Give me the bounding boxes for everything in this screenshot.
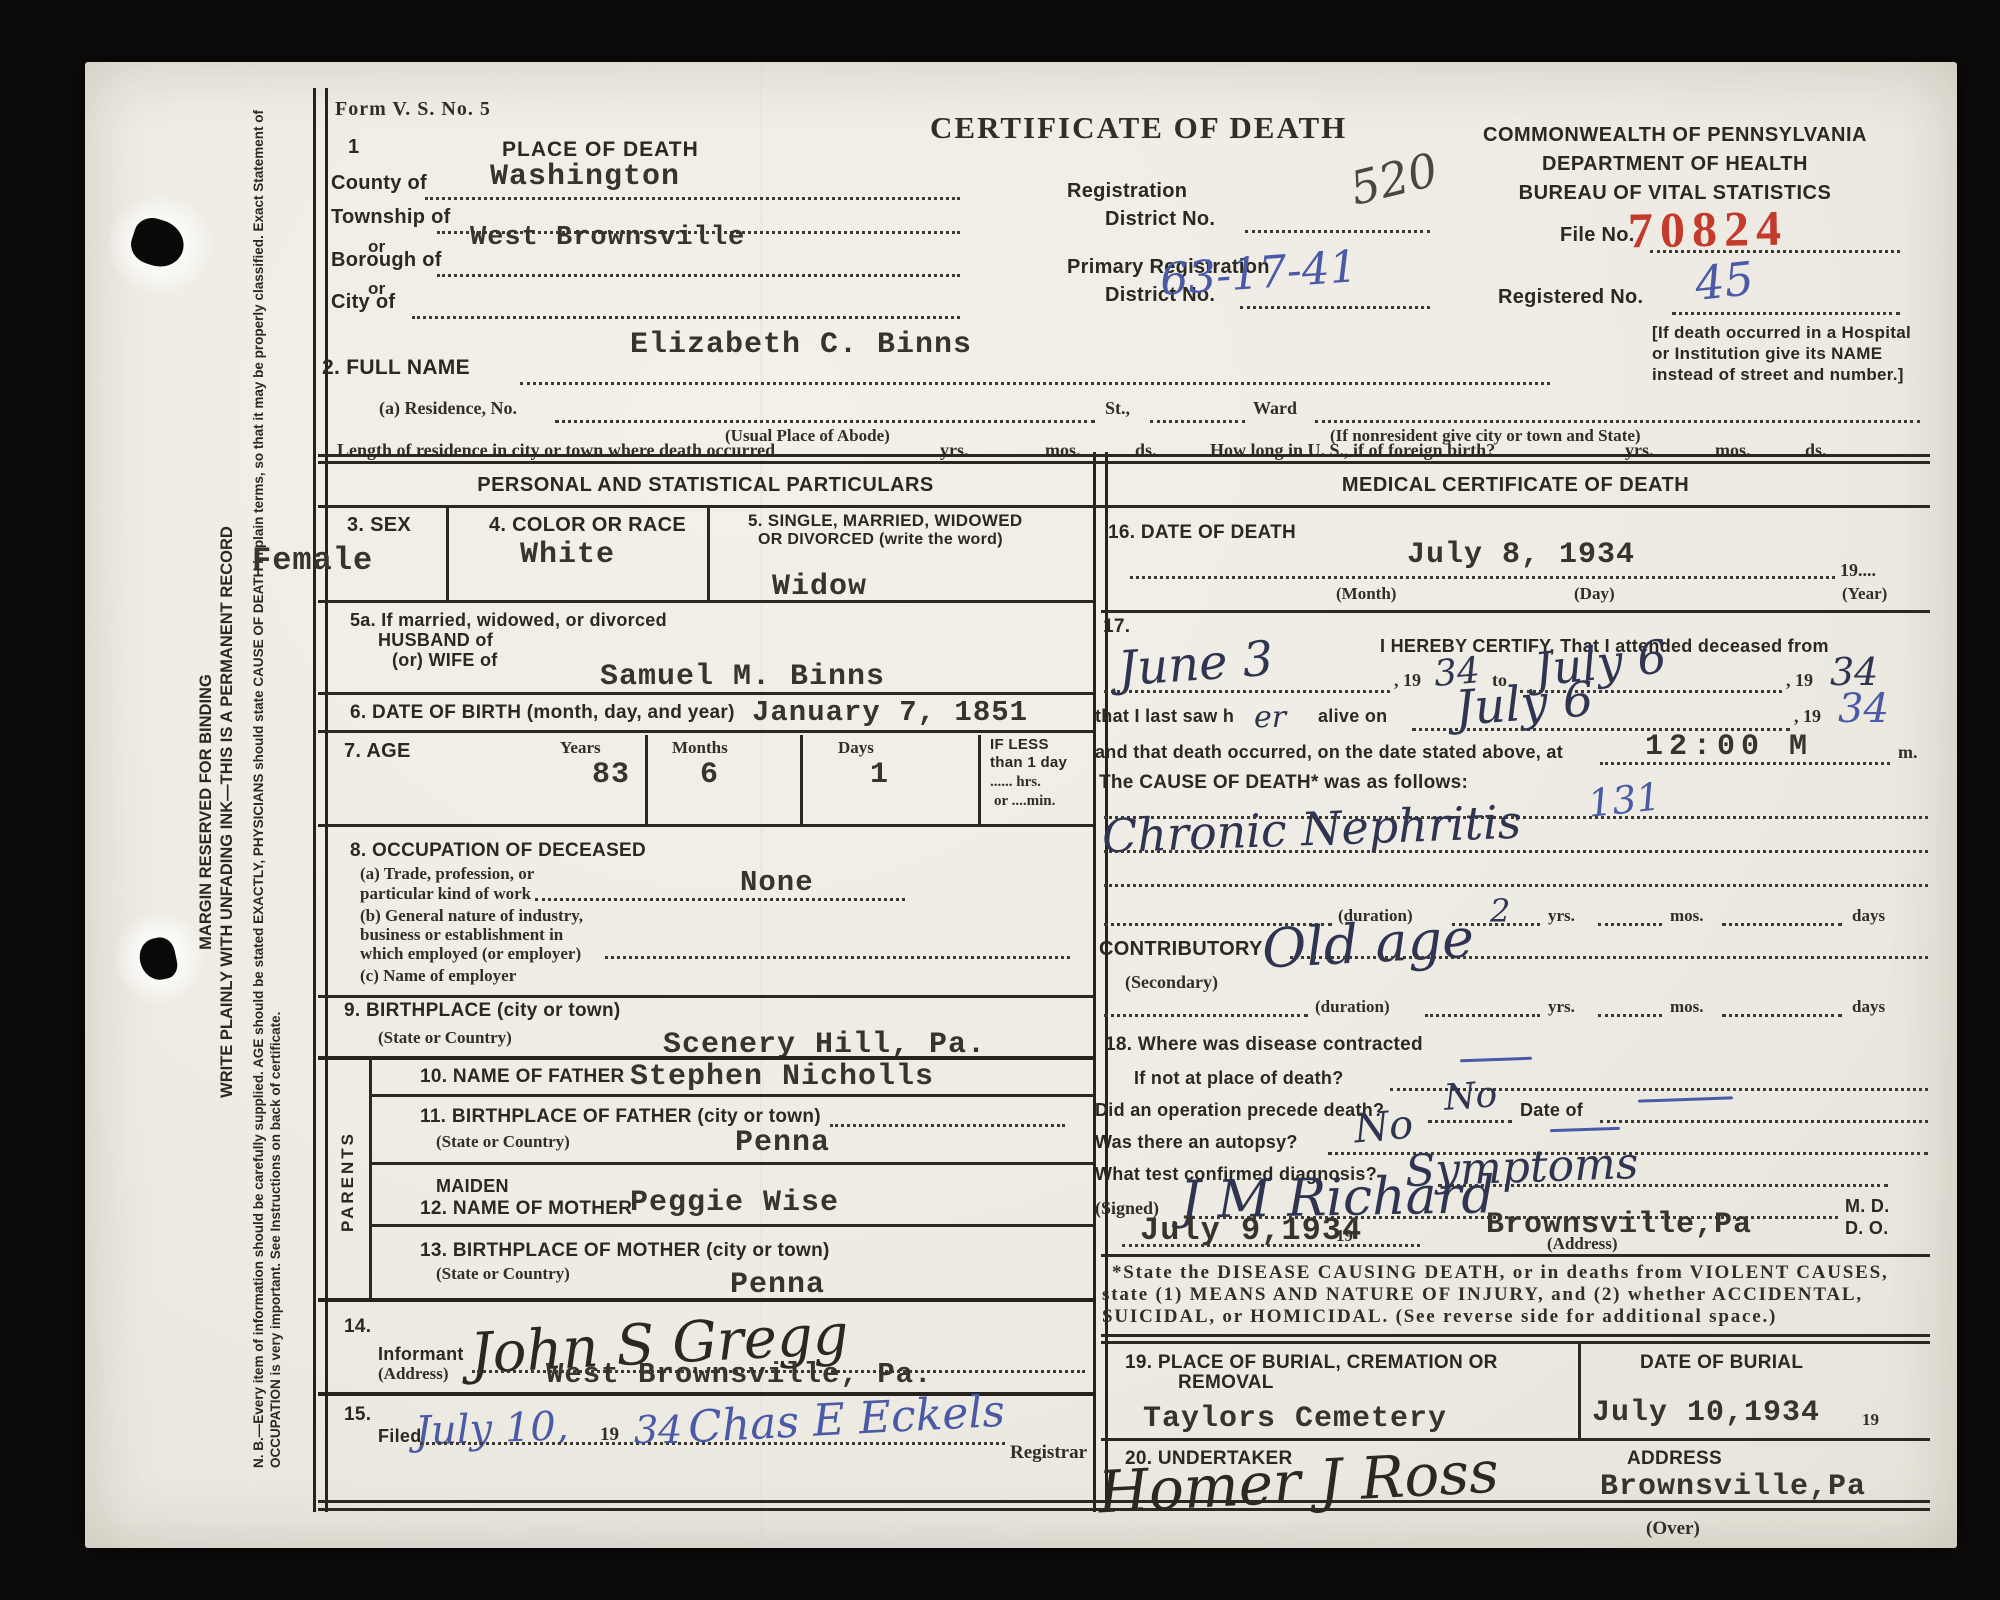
certificate-title: CERTIFICATE OF DEATH [930, 110, 1347, 146]
date-of-death-value: July 8, 1934 [1407, 538, 1635, 572]
rule [318, 824, 1093, 827]
mos-label: mos. [1715, 440, 1751, 461]
father-birthplace-label: 11. BIRTHPLACE OF FATHER (city or town) [420, 1106, 821, 1128]
not-place-of-death-label: If not at place of death? [1134, 1068, 1344, 1089]
day-label: (Day) [1574, 584, 1615, 604]
husband-label-3: (or) WIFE of [392, 650, 498, 671]
agency-line-2: DEPARTMENT OF HEALTH [1470, 153, 1880, 176]
dotted-line [1240, 306, 1430, 309]
dotted-line [1598, 923, 1662, 926]
rule [318, 454, 1930, 457]
dotted-line [1122, 1244, 1420, 1247]
occup-label: 8. OCCUPATION OF DECEASED [350, 840, 646, 862]
mos-label-1: mos. [1670, 906, 1704, 926]
mother-name-value: Peggie Wise [630, 1186, 839, 1220]
dotted-line [1104, 690, 1390, 693]
occup-b-label-2: business or establishment in [360, 925, 563, 945]
yrs-label-1: yrs. [1548, 906, 1575, 926]
margin-line-1: MARGIN RESERVED FOR BINDING [196, 266, 217, 1358]
contributory-label: CONTRIBUTORY [1099, 938, 1263, 961]
binding-margin-note: MARGIN RESERVED FOR BINDING WRITE PLAINL… [196, 266, 238, 1358]
hospital-note: [If death occurred in a Hospital or Inst… [1652, 322, 1920, 385]
dotted-line [1104, 850, 1928, 853]
burial-date-year-suffix: 19 [1862, 1410, 1879, 1430]
burial-place-label-2: REMOVAL [1178, 1372, 1274, 1394]
occup-b-label-1: (b) General nature of industry, [360, 906, 583, 926]
if-less-hrs-label: ...... hrs. [990, 774, 1041, 791]
county-label: County of [331, 172, 427, 195]
rule [1101, 1438, 1930, 1441]
residence-label: (a) Residence, No. [379, 398, 517, 419]
registration-district-label: District No. [1105, 208, 1215, 231]
dotted-line [437, 274, 960, 277]
rule [318, 461, 1930, 464]
dotted-line [1104, 884, 1928, 887]
filed-year-prefix: 19 [600, 1424, 619, 1446]
dod-year-prefix: 19.... [1840, 560, 1876, 581]
burial-place-label-1: 19. PLACE OF BURIAL, CREMATION OR [1125, 1352, 1498, 1374]
cell-divider [707, 507, 710, 600]
autopsy-answer: No [1352, 1102, 1415, 1153]
dotted-line [605, 956, 1070, 959]
borough-label: Borough of [331, 249, 442, 272]
dotted-line [1438, 1184, 1888, 1187]
death-time-value: 12:00 M [1645, 730, 1813, 764]
yrs-label-2: yrs. [1548, 997, 1575, 1017]
age-years-label: Years [560, 738, 601, 758]
length-of-residence-label: Length of residence in city or town wher… [337, 440, 775, 461]
informant-number: 14. [344, 1316, 371, 1338]
informant-address-label: (Address) [378, 1364, 449, 1384]
days-label-1: days [1852, 906, 1885, 926]
last-saw-pronoun: er [1254, 700, 1286, 735]
m-label: m. [1898, 742, 1918, 763]
address-sub-label: (Address) [1547, 1234, 1618, 1254]
year-label: (Year) [1842, 584, 1887, 604]
rule [369, 1094, 1093, 1097]
age-months-value: 6 [700, 758, 719, 792]
mother-birthplace-sub: (State or Country) [436, 1264, 570, 1284]
yrs-label: yrs. [1625, 440, 1654, 461]
cell-divider [645, 735, 648, 824]
dotted-line [555, 420, 1095, 423]
dotted-line [1130, 576, 1835, 579]
dotted-line [1722, 923, 1842, 926]
parents-bracket-line [369, 1056, 372, 1298]
husband-value: Samuel M. Binns [600, 660, 885, 694]
dob-label: 6. DATE OF BIRTH (month, day, and year) [350, 702, 735, 724]
dotted-line [1315, 420, 1920, 423]
filed-number: 15. [344, 1404, 371, 1426]
operation-label: Did an operation precede death? [1095, 1100, 1384, 1121]
rule [318, 600, 1093, 603]
rule [318, 730, 1093, 733]
rule [369, 1224, 1093, 1227]
last-saw-date-value: July 6 [1453, 671, 1595, 737]
birthplace-label: 9. BIRTHPLACE (city or town) [344, 1000, 621, 1022]
husband-label-1: 5a. If married, widowed, or divorced [350, 610, 667, 631]
how-long-us-label: How long in U. S., if of foreign birth? [1210, 440, 1495, 461]
burial-place-value: Taylors Cemetery [1143, 1402, 1447, 1436]
rule [318, 1508, 1930, 1511]
marital-label-2: OR DIVORCED (write the word) [758, 531, 1003, 549]
ds-label: ds. [1805, 440, 1827, 461]
file-no-label: File No. [1560, 224, 1635, 247]
rule [369, 1162, 1093, 1165]
city-label: City of [331, 291, 395, 314]
if-less-label-2: than 1 day [990, 754, 1067, 771]
color-race-label: 4. COLOR OR RACE [489, 514, 686, 537]
certify-number: 17. [1103, 616, 1130, 638]
age-years-value: 83 [592, 758, 630, 792]
color-race-value: White [520, 538, 615, 572]
dotted-line [535, 898, 905, 901]
date-of-label: Date of [1520, 1100, 1583, 1121]
occup-b-label-3: which employed (or employer) [360, 944, 581, 964]
occup-a-label-1: (a) Trade, profession, or [360, 864, 534, 884]
age-label: 7. AGE [344, 740, 411, 763]
dotted-line [1150, 420, 1245, 423]
agency-block: COMMONWEALTH OF PENNSYLVANIA DEPARTMENT … [1470, 124, 1880, 205]
registrar-label: Registrar [1010, 1442, 1087, 1464]
filed-year-value: 34 [634, 1408, 682, 1452]
dotted-line [1104, 1014, 1308, 1017]
undertaker-address-value: Brownsville,Pa [1600, 1470, 1866, 1504]
disease-contracted-label: 18. Where was disease contracted [1105, 1034, 1423, 1056]
yrs-label: yrs. [940, 440, 969, 461]
full-name-value: Elizabeth C. Binns [630, 328, 972, 362]
saw-year-value: 34 [1838, 686, 1889, 732]
saw-year-prefix: , 19 [1794, 706, 1821, 727]
place-of-death-label: PLACE OF DEATH [502, 138, 699, 162]
to-year-prefix: , 19 [1786, 670, 1813, 691]
marital-value: Widow [772, 570, 867, 604]
undertaker-address-label: ADDRESS [1627, 1448, 1722, 1470]
burial-date-label: DATE OF BURIAL [1640, 1352, 1803, 1374]
sex-value: Female [252, 542, 373, 579]
footnote-line-1: *State the DISEASE CAUSING DEATH, or in … [1112, 1262, 1889, 1284]
ward-label: Ward [1253, 398, 1297, 419]
dotted-line [1672, 312, 1900, 315]
dotted-line [1722, 1014, 1842, 1017]
agency-line-1: COMMONWEALTH OF PENNSYLVANIA [1470, 124, 1880, 147]
rule [318, 1500, 1930, 1503]
township-label: Township of [331, 206, 451, 229]
over-label: (Over) [1646, 1518, 1700, 1540]
medical-section-title: MEDICAL CERTIFICATE OF DEATH [1101, 474, 1930, 497]
dotted-line [1600, 762, 1890, 765]
rule [1101, 1334, 1930, 1337]
occup-a-value: None [740, 866, 814, 899]
rule [318, 1298, 1093, 1302]
form-number: Form V. S. No. 5 [335, 98, 491, 121]
dotted-line [412, 316, 960, 319]
dotted-line [425, 197, 960, 200]
personal-section-title: PERSONAL AND STATISTICAL PARTICULARS [318, 474, 1093, 497]
signed-date-year-prefix: 19 [1336, 1226, 1353, 1246]
cell-divider [446, 507, 449, 600]
md-label: M. D. [1845, 1196, 1890, 1217]
footnote-line-2: state (1) MEANS AND NATURE OF INJURY, an… [1102, 1284, 1863, 1306]
signed-address-value: Brownsville,Pa [1486, 1208, 1752, 1242]
cell-divider [1578, 1341, 1581, 1438]
father-birthplace-value: Penna [735, 1126, 830, 1160]
rule [318, 505, 1930, 508]
marital-label-1: 5. SINGLE, MARRIED, WIDOWED [748, 511, 1022, 531]
father-birthplace-sub: (State or Country) [436, 1132, 570, 1152]
nb-margin-note: N. B.—Every item of information should b… [250, 108, 284, 1468]
birthplace-sub-label: (State or Country) [378, 1028, 512, 1048]
if-less-min-label: or ....min. [994, 793, 1055, 810]
mother-birthplace-value: Penna [730, 1268, 825, 1302]
husband-label-2: HUSBAND of [378, 630, 493, 651]
duration-label-2: (duration) [1315, 997, 1390, 1017]
mos-label-2: mos. [1670, 997, 1704, 1017]
file-number-stamp: 70824 [1628, 199, 1789, 260]
contributory-value: Old age [1260, 906, 1475, 980]
footnote-line-3: SUICIDAL, or HOMICIDAL. (See reverse sid… [1102, 1306, 1777, 1328]
rule [1101, 1341, 1930, 1344]
street-label: St., [1105, 398, 1130, 419]
occup-a-label-2: particular kind of work [360, 884, 531, 904]
ds-label: ds. [1135, 440, 1157, 461]
dotted-line [1245, 230, 1430, 233]
informant-label: Informant [378, 1344, 464, 1365]
cell-divider [800, 735, 803, 824]
death-occurred-label: and that death occurred, on the date sta… [1095, 742, 1563, 763]
cell-divider [978, 735, 981, 824]
dotted-line [830, 1124, 1065, 1127]
attended-from-value: June 3 [1116, 631, 1275, 698]
dob-value: January 7, 1851 [752, 696, 1028, 729]
secondary-label: (Secondary) [1125, 972, 1218, 993]
dotted-line [520, 382, 1550, 385]
registered-no-label: Registered No. [1498, 286, 1643, 309]
registered-number-value: 45 [1692, 251, 1756, 311]
mother-name-label: 12. NAME OF MOTHER [420, 1198, 632, 1220]
dotted-line [1600, 1120, 1928, 1123]
date-of-death-label: 16. DATE OF DEATH [1108, 522, 1296, 544]
informant-address-value: West Brownsville, Pa. [546, 1358, 932, 1391]
operation-answer: No [1443, 1074, 1499, 1119]
dotted-line [1290, 956, 1928, 959]
maiden-label: MAIDEN [436, 1176, 509, 1197]
parents-label: PARENTS [338, 1131, 358, 1232]
father-name-value: Stephen Nicholls [630, 1060, 934, 1094]
age-months-label: Months [672, 738, 728, 758]
if-less-label-1: IF LESS [990, 736, 1049, 753]
township-value: West Brownsville [470, 223, 745, 253]
last-saw-label: that I last saw h [1095, 706, 1234, 727]
occup-c-label: (c) Name of employer [360, 966, 516, 986]
mos-label: mos. [1045, 440, 1081, 461]
registration-label: Registration [1067, 180, 1187, 203]
rule [1101, 610, 1930, 613]
dotted-line [1425, 1014, 1540, 1017]
mother-birthplace-label: 13. BIRTHPLACE OF MOTHER (city or town) [420, 1240, 830, 1262]
county-value: Washington [490, 160, 680, 194]
full-name-label: 2. FULL NAME [322, 356, 470, 380]
age-days-label: Days [838, 738, 874, 758]
sex-label: 3. SEX [347, 514, 411, 537]
filed-date-value: July 10, [414, 1403, 569, 1454]
alive-on-label: alive on [1318, 706, 1387, 727]
rule [318, 692, 1093, 695]
burial-date-value: July 10,1934 [1592, 1396, 1820, 1430]
month-label: (Month) [1336, 584, 1396, 604]
autopsy-label: Was there an autopsy? [1095, 1132, 1298, 1153]
cause-of-death-label: The CAUSE OF DEATH* was as follows: [1099, 772, 1468, 794]
age-days-value: 1 [870, 758, 889, 792]
rule [318, 995, 1093, 998]
days-label-2: days [1852, 997, 1885, 1017]
dotted-line [1428, 1120, 1512, 1123]
do-label: D. O. [1845, 1218, 1889, 1239]
item-1-number: 1 [348, 136, 359, 159]
from-year-prefix: , 19 [1394, 670, 1421, 691]
rule [1101, 1254, 1930, 1257]
dotted-line [1598, 1014, 1662, 1017]
father-name-label: 10. NAME OF FATHER [420, 1066, 625, 1088]
duration-yrs-value: 2 [1490, 892, 1510, 930]
death-certificate-scan: MARGIN RESERVED FOR BINDING WRITE PLAINL… [0, 0, 2000, 1600]
margin-line-2: WRITE PLAINLY WITH UNFADING INK—THIS IS … [217, 266, 238, 1358]
